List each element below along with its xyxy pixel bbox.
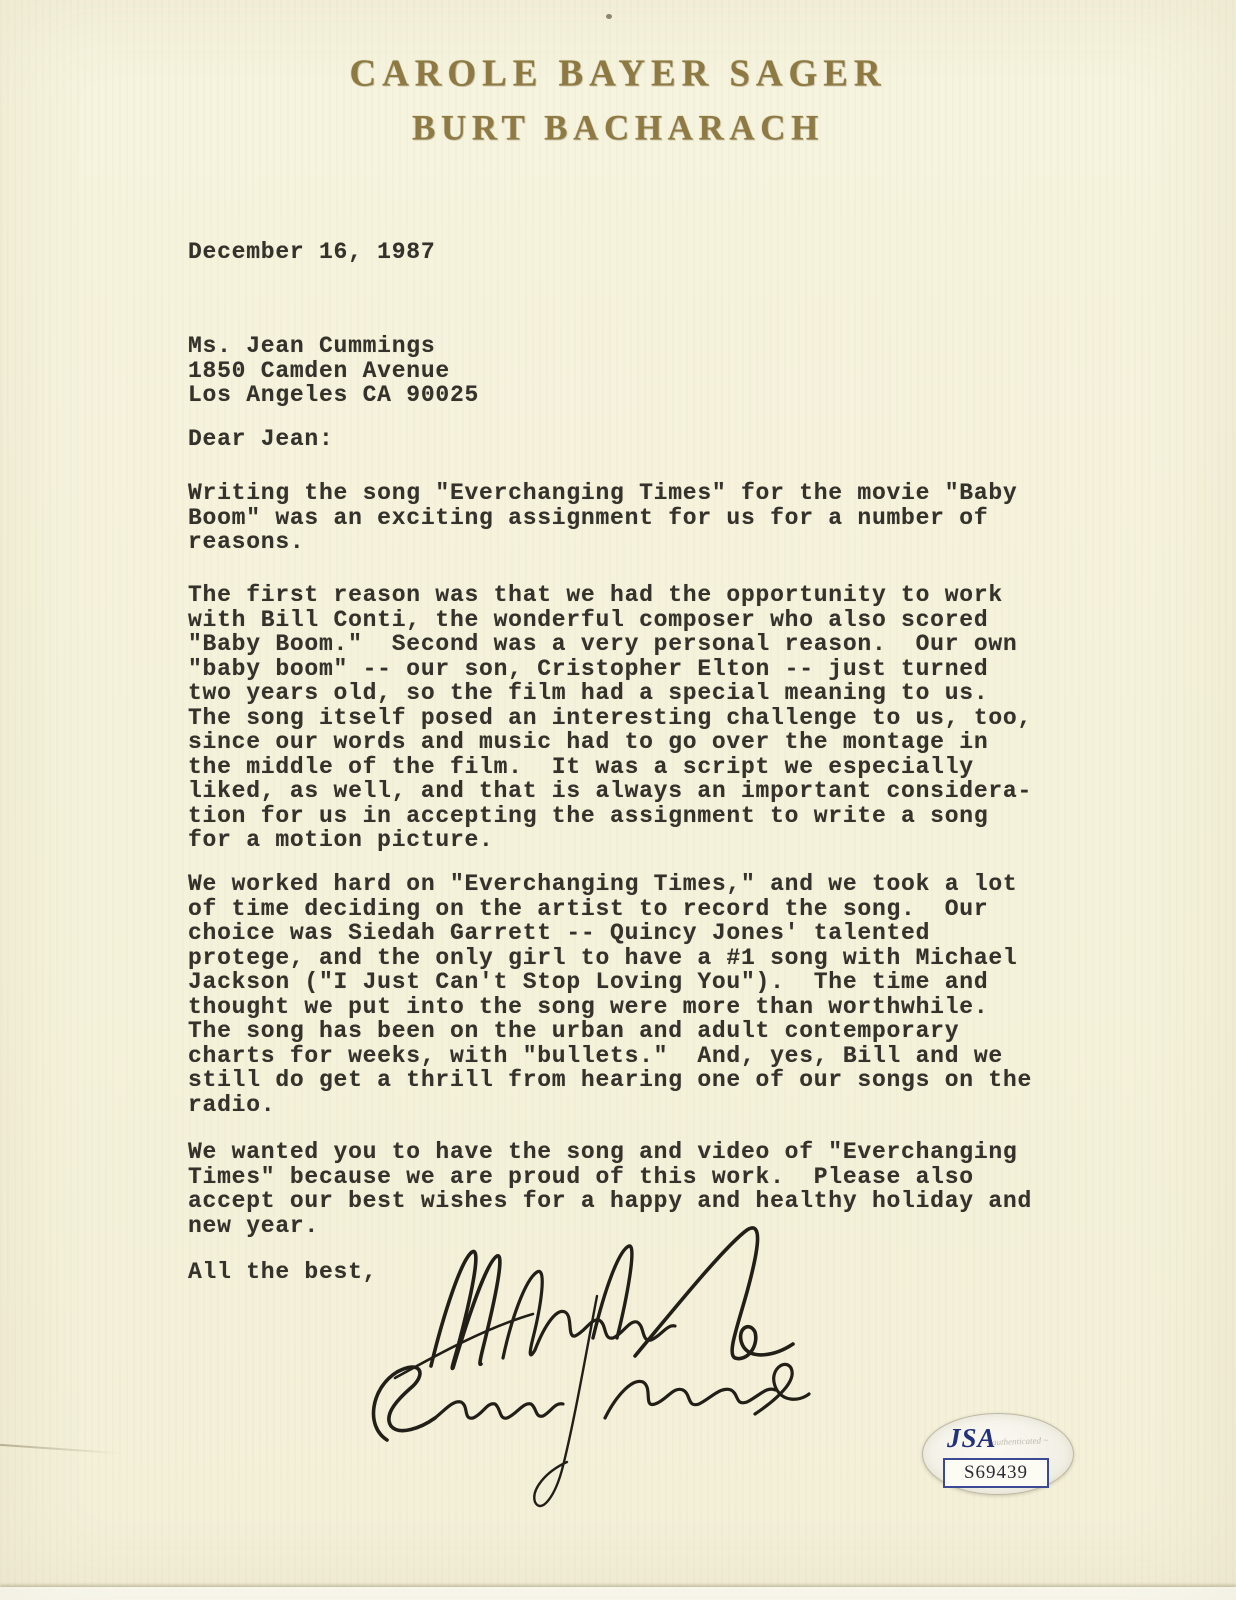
signature-ink-icon [335,1188,825,1538]
letter-page: CAROLE BAYER SAGER BURT BACHARACH Decemb… [0,0,1236,1600]
salutation: Dear Jean: [188,427,334,452]
letter-date: December 16, 1987 [188,240,435,265]
paragraph-2: The first reason was that we had the opp… [188,583,1032,853]
paper-bottom-edge [0,1587,1236,1600]
jsa-hologram-script: ~ authenticated ~ [985,1435,1066,1454]
jsa-serial-number: S69439 [964,1462,1028,1484]
recipient-address: Ms. Jean Cummings 1850 Camden Avenue Los… [188,334,479,408]
jsa-serial-box: S69439 [943,1458,1049,1488]
jsa-authentication-sticker: JSA ~ authenticated ~ S69439 [922,1413,1074,1495]
letterhead: CAROLE BAYER SAGER BURT BACHARACH [0,52,1236,148]
paragraph-3: We worked hard on "Everchanging Times," … [188,872,1032,1117]
paper-speck [606,14,612,19]
letterhead-name-carole-bayer-sager: CAROLE BAYER SAGER [0,51,1236,96]
letterhead-name-burt-bacharach: BURT BACHARACH [0,107,1236,149]
paragraph-1: Writing the song "Everchanging Times" fo… [188,481,1017,555]
paper-scratch-mark [0,1444,118,1454]
signature-burt-bacharach-and-carole-bayer-sager [335,1188,825,1538]
